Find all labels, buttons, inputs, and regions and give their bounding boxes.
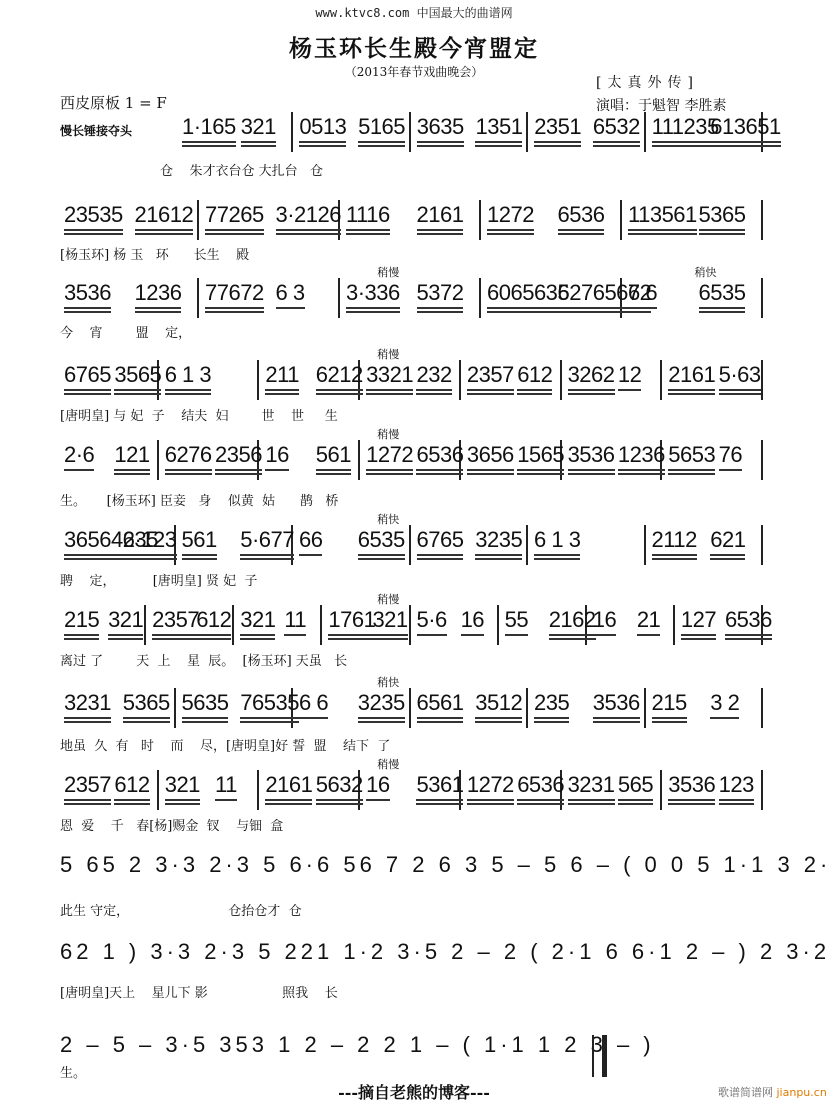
- measure: 35361236: [564, 440, 663, 480]
- note-group: 321: [240, 607, 275, 633]
- note-group: 16: [593, 607, 616, 633]
- measure: 365646352·123: [60, 525, 176, 565]
- measure: 772653·2126: [201, 200, 340, 240]
- lyrics-line: 生。: [0, 1062, 828, 1082]
- note-group: 3 2: [710, 690, 739, 716]
- note-group: 12: [618, 362, 641, 388]
- staff-line: 1·16532105135165363513512351653211123561…: [0, 112, 828, 152]
- tempo-mark: 稍慢: [377, 264, 399, 280]
- song-subtitle: （2013年春节戏曲晚会）: [0, 63, 828, 80]
- note-group: 6276: [165, 442, 212, 468]
- measure: 2153 2: [648, 688, 764, 728]
- note-group: 612: [196, 607, 231, 633]
- note-group: 3231: [64, 690, 111, 716]
- measure: 32111: [161, 770, 260, 810]
- note-group: 321: [165, 772, 200, 798]
- measure: 552162: [501, 605, 587, 645]
- note-group: 621: [710, 527, 745, 553]
- lyrics-line: [唐明皇]天上 星儿下 影 照我 长: [0, 982, 828, 1002]
- lyrics-line: [杨玉环] 杨 玉 环 长生 殿: [0, 244, 828, 264]
- staff-line: 2·61216276235616561127265363656156535361…: [0, 440, 828, 480]
- final-barline: [592, 1035, 607, 1077]
- note-group: 6532: [593, 114, 640, 140]
- free-rhythm-line: 5 65 2 3·3 2·3 5 6·6 56 7 2 6 3 5 – 5 6 …: [60, 852, 828, 878]
- note-group: 5372: [417, 280, 464, 306]
- note-group: 6212: [316, 362, 363, 388]
- staff-line: 365646352·1235615·677666535676532356 1 3…: [0, 525, 828, 565]
- note-group: 2356: [215, 442, 262, 468]
- measure: 2112621: [648, 525, 764, 565]
- footer-credit: ---摘自老熊的博客---: [0, 1080, 828, 1103]
- note-group: 612: [517, 362, 552, 388]
- note-group: 1761: [328, 607, 375, 633]
- note-group: 6536: [517, 772, 564, 798]
- lyrics-line: 今 宵 盟 定，: [0, 322, 828, 342]
- note-group: 6 1 3: [534, 527, 580, 553]
- note-group: 77672: [205, 280, 264, 306]
- lyrics-line: 此生 守定， 仓抬仓才 仓: [0, 900, 828, 920]
- tempo-mark: 稍快: [377, 511, 399, 527]
- measure: 3536123: [664, 770, 763, 810]
- note-group: 6 1 3: [165, 362, 211, 388]
- lyrics-line: 仓 朱才衣台仓 大扎台 仓: [0, 160, 828, 180]
- tempo-mark: 稍快: [377, 674, 399, 690]
- note-group: 1236: [135, 280, 182, 306]
- measure: 3231565: [564, 770, 663, 810]
- measure: 2357612: [148, 605, 234, 645]
- note-group: 5632: [316, 772, 363, 798]
- measure: 6 63235: [295, 688, 411, 728]
- note-group: 16: [265, 442, 288, 468]
- note-group: 1565: [517, 442, 564, 468]
- measure: 5·616: [413, 605, 499, 645]
- note-group: 6536: [558, 202, 605, 228]
- note-group: 3536: [568, 442, 615, 468]
- watermark-en: jianpu.cn: [777, 1086, 827, 1099]
- note-group: 6536: [416, 442, 463, 468]
- measure: 21615·63: [664, 360, 763, 400]
- note-group: 3235: [358, 690, 405, 716]
- note-group: 5635: [182, 690, 229, 716]
- measure: 2·6121: [60, 440, 159, 480]
- note-group: 66: [299, 527, 322, 553]
- staff-line: 2357612321112161563216536112726536323156…: [0, 770, 828, 810]
- note-group: 2·6: [64, 442, 94, 468]
- free-rhythm-line: 62 1 ) 3·3 2·3 5 221 1·2 3·5 2 – 2 ( 2·1…: [60, 939, 828, 965]
- measure: 12726536: [483, 200, 622, 240]
- measure: 326212: [564, 360, 663, 400]
- measure: 67653235: [413, 525, 529, 565]
- note-group: 235: [534, 690, 569, 716]
- measure: 12726536: [362, 440, 461, 480]
- measure: 36561565: [463, 440, 562, 480]
- tempo-mark: 稍慢: [377, 756, 399, 772]
- note-group: 612: [114, 772, 149, 798]
- measure: 12726536: [463, 770, 562, 810]
- lyrics-line: 地虽 久 有 时 而 尽，[唐明皇]好 誓 盟 结下 了: [0, 735, 828, 755]
- song-title: 杨玉环长生殿今宵盟定: [0, 30, 828, 63]
- note-group: 6561: [417, 690, 464, 716]
- note-group: 1116: [346, 202, 390, 228]
- tempo-mark: 稍慢: [377, 346, 399, 362]
- note-group: 21612: [135, 202, 194, 228]
- watermark-cn: 歌谱简谱网: [718, 1086, 773, 1099]
- note-group: 3512: [475, 690, 522, 716]
- note-group: 211: [265, 362, 299, 388]
- measure: 3321232: [362, 360, 461, 400]
- mode-key: 西皮原板 1 = F: [60, 92, 167, 113]
- measure: 2357612: [463, 360, 562, 400]
- note-group: 3·336: [346, 280, 400, 306]
- note-group: 5361: [416, 772, 463, 798]
- note-group: 6536: [725, 607, 772, 633]
- bottom-watermark: 歌谱简谱网 jianpu.cn: [718, 1084, 827, 1100]
- opera-source: [太真外传]: [596, 72, 699, 92]
- note-group: 2357: [467, 362, 514, 388]
- note-group: 3536: [64, 280, 111, 306]
- note-group: 121: [114, 442, 149, 468]
- lyrics-line: 离过 了 天 上 星 辰。 [杨玉环] 天虽 长: [0, 650, 828, 670]
- measure: 2353521612: [60, 200, 199, 240]
- measure: 1621: [589, 605, 675, 645]
- note-group: 23535: [64, 202, 123, 228]
- note-group: 5653: [668, 442, 715, 468]
- note-group: 2357: [64, 772, 111, 798]
- measure: 1·165321: [178, 112, 293, 152]
- note-group: 321: [108, 607, 143, 633]
- measure: 666535: [295, 525, 411, 565]
- note-group: 2·123: [123, 527, 177, 553]
- note-group: 6 3: [276, 280, 305, 306]
- note-group: 111235: [652, 114, 719, 140]
- measure: 6 1 3: [530, 525, 646, 565]
- measure: 606563562765672: [483, 278, 622, 318]
- tempo-mark: 稍慢: [377, 426, 399, 442]
- staff-line: 35361236776726 33·3365372606563562765672…: [0, 278, 828, 318]
- note-group: 1351: [475, 114, 522, 140]
- measure: 2353536: [530, 688, 646, 728]
- measure: 776726 3: [201, 278, 340, 318]
- free-rhythm-line: 2 – 5 – 3·5 353 1 2 – 2 2 1 – ( 1·1 1 2 …: [60, 1032, 655, 1058]
- note-group: 3656: [467, 442, 514, 468]
- measure: 32315365: [60, 688, 176, 728]
- note-group: 1236: [618, 442, 665, 468]
- note-group: 6535: [699, 280, 746, 306]
- note-group: 55: [505, 607, 528, 633]
- note-group: 215: [652, 690, 687, 716]
- measure: 65613512: [413, 688, 529, 728]
- note-group: 123: [719, 772, 754, 798]
- note-group: 77265: [205, 202, 264, 228]
- measure: 2357612: [60, 770, 159, 810]
- site-watermark: www.ktvc8.com 中国最大的曲谱网: [0, 4, 828, 21]
- measure: 2116212: [261, 360, 360, 400]
- note-group: 3235: [475, 527, 522, 553]
- tempo-mark: 稍快: [695, 264, 717, 280]
- measure: 165361: [362, 770, 461, 810]
- note-group: 5·6: [417, 607, 447, 633]
- note-group: 3536: [593, 690, 640, 716]
- note-group: 0513: [299, 114, 346, 140]
- measure: 67653565: [60, 360, 159, 400]
- note-group: 232: [416, 362, 451, 388]
- lyrics-line: 聘 定， [唐明皇] 贤 妃 子: [0, 570, 828, 590]
- staff-line: 2353521612772653·21261116216112726536113…: [0, 200, 828, 240]
- measure: 3·3365372: [342, 278, 481, 318]
- measure: 23516532: [530, 112, 645, 152]
- note-group: 321: [372, 607, 407, 633]
- note-group: 1272: [487, 202, 534, 228]
- note-group: 6 6: [628, 280, 657, 306]
- note-group: 2161: [668, 362, 715, 388]
- note-group: 565: [618, 772, 653, 798]
- note-group: 2357: [152, 607, 199, 633]
- measure: 111235613651: [648, 112, 763, 152]
- measure: 565376: [664, 440, 763, 480]
- note-group: 3536: [668, 772, 715, 798]
- measure: 32111: [236, 605, 322, 645]
- measure: 05135165: [295, 112, 410, 152]
- note-group: 2351: [534, 114, 581, 140]
- staff-line: 323153655635765356 632356561351223535362…: [0, 688, 828, 728]
- measure: 563576535: [178, 688, 294, 728]
- note-group: 6765: [64, 362, 111, 388]
- note-group: 6 6: [299, 690, 328, 716]
- measure: 1761321: [324, 605, 410, 645]
- staff-line: 676535656 1 3211621233212322357612326212…: [0, 360, 828, 400]
- note-group: 3·2126: [276, 202, 342, 228]
- note-group: 3321: [366, 362, 413, 388]
- note-group: 2161: [265, 772, 312, 798]
- note-group: 5·63: [719, 362, 761, 388]
- note-group: 561: [182, 527, 217, 553]
- tempo-mark: 稍慢: [377, 591, 399, 607]
- note-group: 5·677: [240, 527, 294, 553]
- measure: 1276536: [677, 605, 763, 645]
- measure: 11162161: [342, 200, 481, 240]
- note-group: 613651: [710, 114, 780, 140]
- note-group: 1272: [366, 442, 413, 468]
- staff-line: 21532123576123211117613215·6165521621621…: [0, 605, 828, 645]
- measure: 21615632: [261, 770, 360, 810]
- note-group: 6765: [417, 527, 464, 553]
- measure: 62762356: [161, 440, 260, 480]
- note-group: 16: [366, 772, 389, 798]
- measure: 35361236: [60, 278, 199, 318]
- measure: 6 1 3: [161, 360, 260, 400]
- measure: 6 66535: [624, 278, 763, 318]
- note-group: 215: [64, 607, 99, 633]
- measure: 16561: [261, 440, 360, 480]
- note-group: 3635: [417, 114, 464, 140]
- note-group: 3262: [568, 362, 615, 388]
- note-group: 1·165: [182, 114, 236, 140]
- note-group: 127: [681, 607, 716, 633]
- note-group: 113561: [628, 202, 697, 228]
- lyrics-line: [唐明皇] 与 妃 子 结夫 妇 世 世 生: [0, 405, 828, 425]
- measure: 215321: [60, 605, 146, 645]
- note-group: 5365: [123, 690, 170, 716]
- measure: 1135615365: [624, 200, 763, 240]
- note-group: 76535: [240, 690, 299, 716]
- note-group: 16: [461, 607, 484, 633]
- note-group: 1272: [467, 772, 514, 798]
- note-group: 3565: [114, 362, 161, 388]
- note-group: 2112: [652, 527, 697, 553]
- lyrics-line: 生。 [杨玉环] 臣妾 身 似黄 姑 鹊 桥: [0, 490, 828, 510]
- note-group: 5165: [358, 114, 405, 140]
- measure: 5615·677: [178, 525, 294, 565]
- measure: 36351351: [413, 112, 528, 152]
- lyrics-line: 恩 爱 千 春[杨]赐金 钗 与钿 盒: [0, 815, 828, 835]
- note-group: 2161: [417, 202, 464, 228]
- note-group: 561: [316, 442, 351, 468]
- note-group: 76: [719, 442, 742, 468]
- note-group: 11: [215, 772, 237, 798]
- note-group: 11: [284, 607, 306, 633]
- note-group: 6535: [358, 527, 405, 553]
- note-group: 3231: [568, 772, 615, 798]
- note-group: 321: [241, 114, 276, 140]
- note-group: 21: [637, 607, 660, 633]
- note-group: 5365: [699, 202, 746, 228]
